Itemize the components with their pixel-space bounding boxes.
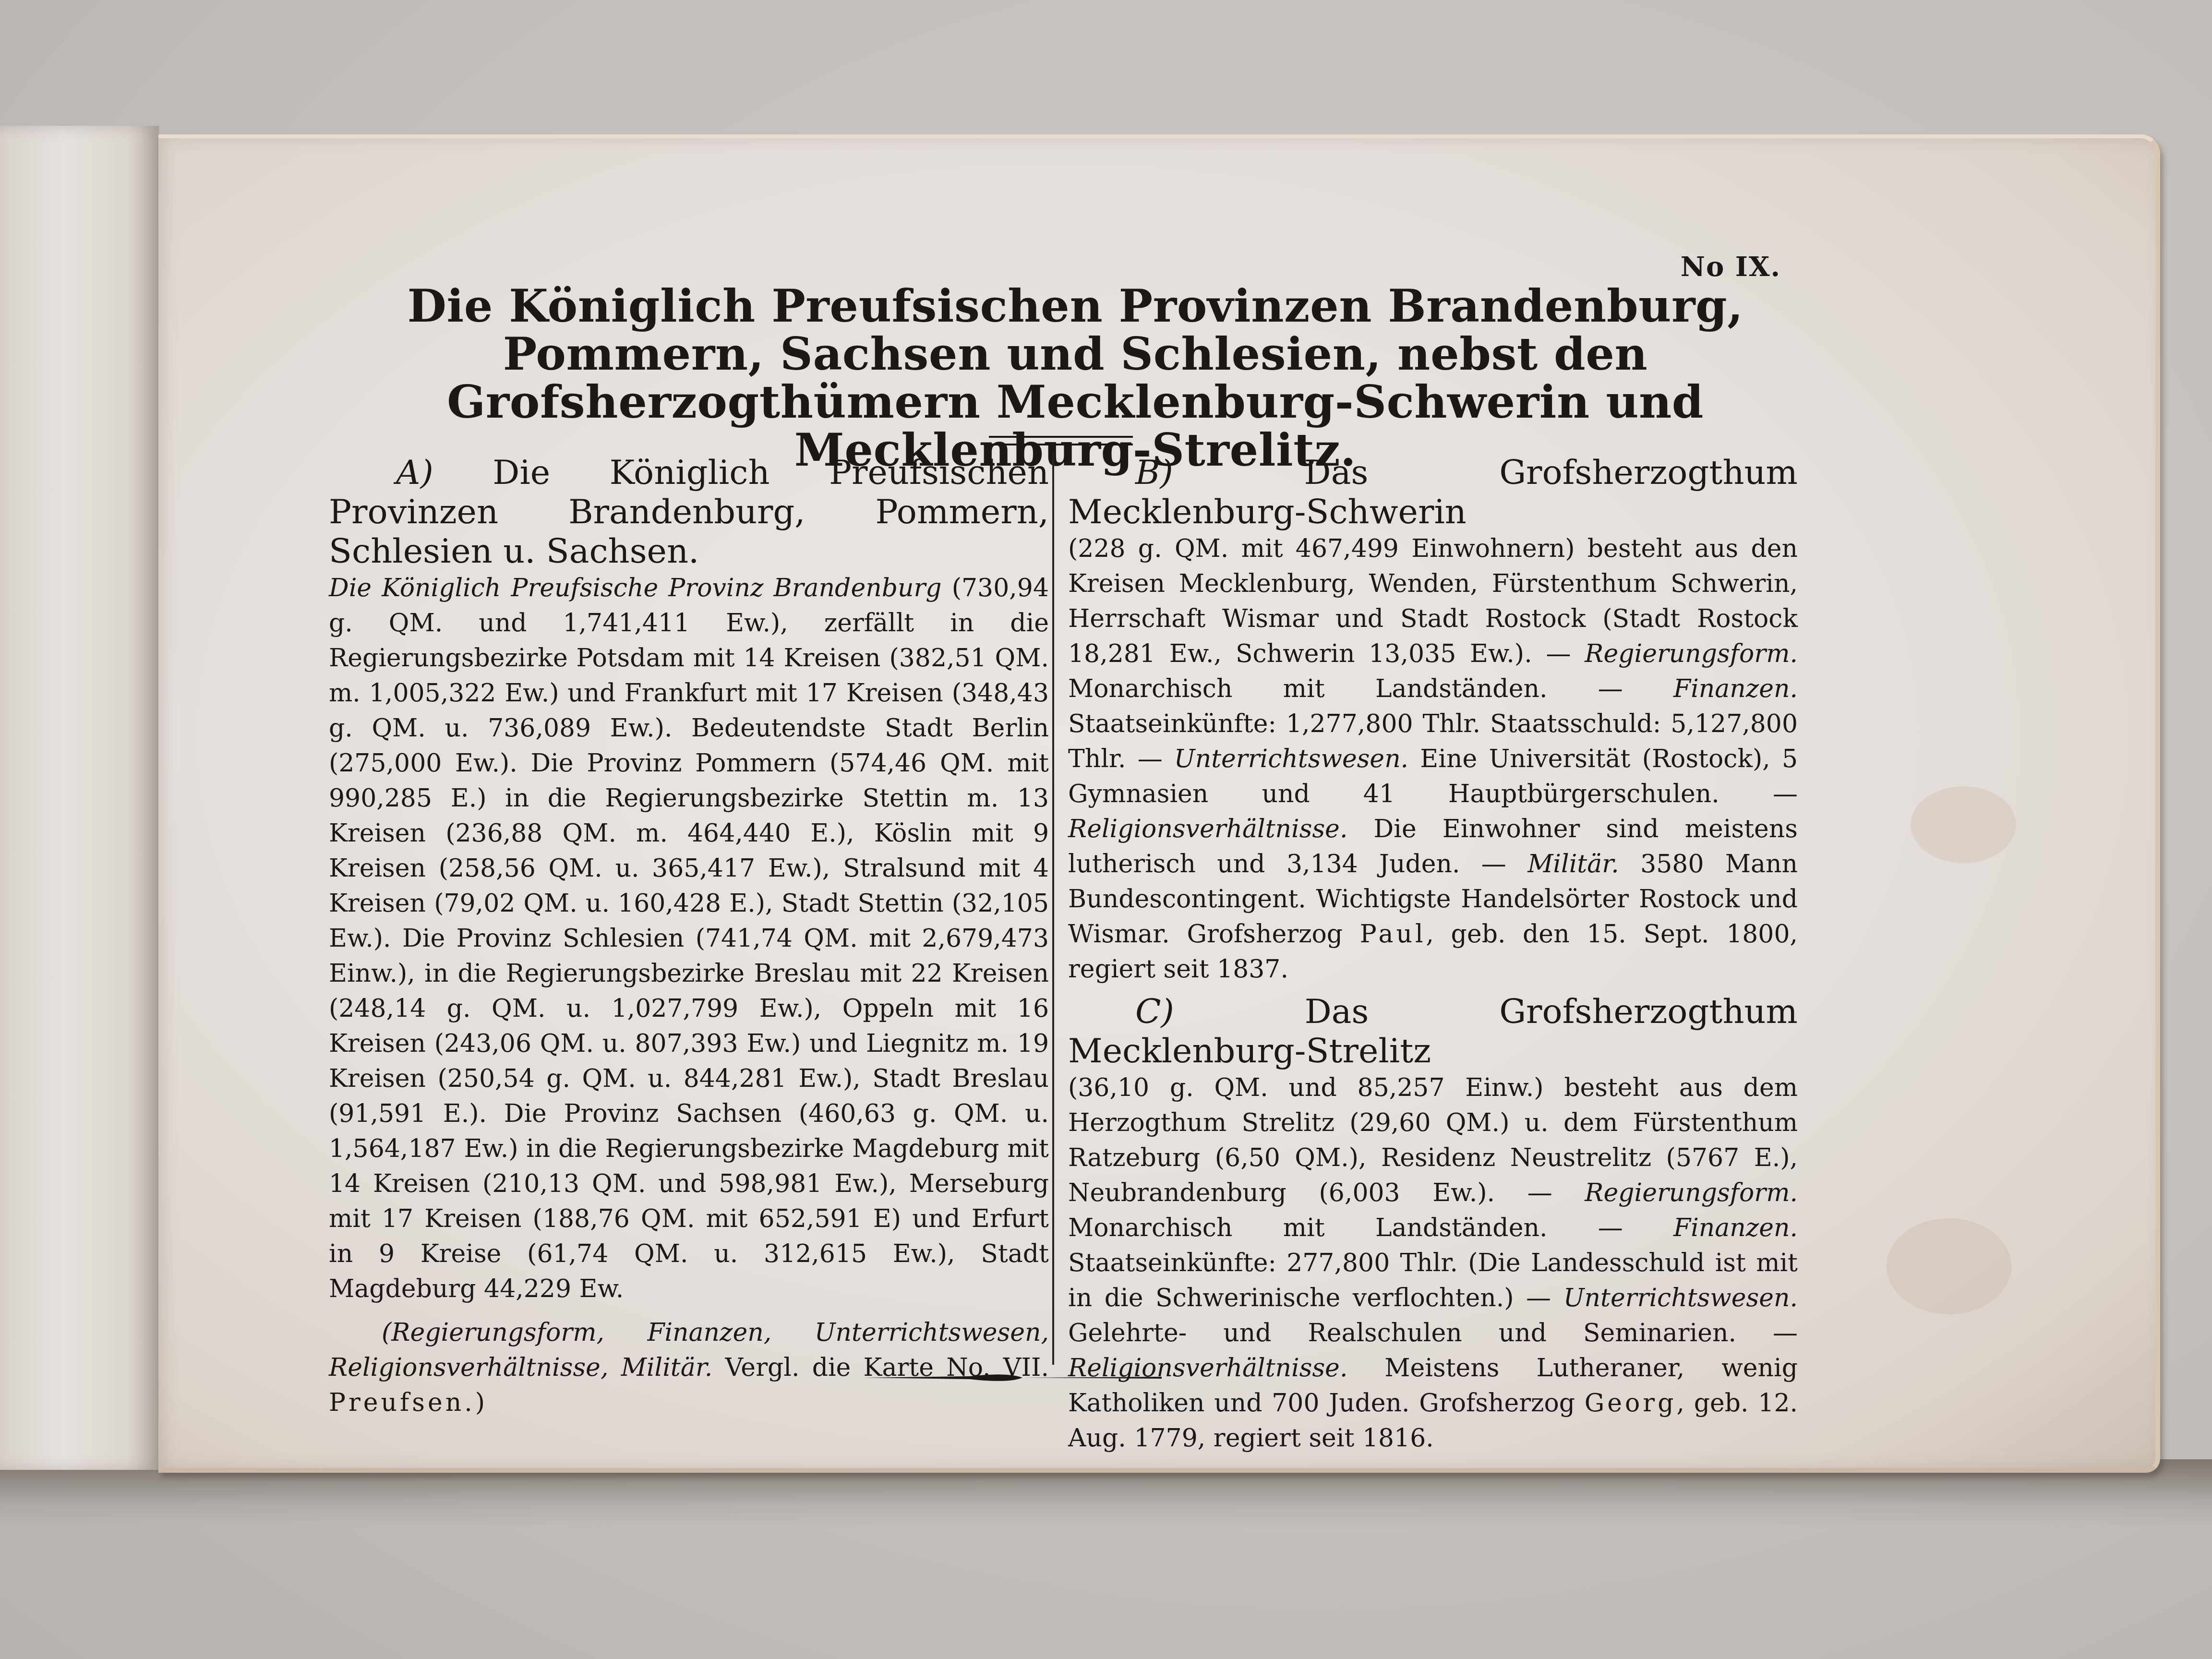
- section-a-heading-text: Die Königlich Preufsischen Provinzen Bra…: [329, 453, 1049, 571]
- section-c-heading-text: Das Grofsherzogthum Mecklenburg-Strelitz: [1068, 992, 1798, 1070]
- section-c-body: (36,10 g. QM. und 85,257 Einw.) besteht …: [1068, 1070, 1798, 1456]
- topic-label: Militär.: [1527, 850, 1619, 878]
- section-b-letter: B): [1135, 453, 1173, 492]
- section-c-letter: C): [1135, 992, 1174, 1031]
- section-a-lead: Die Königlich Preufsische Provinz Brande…: [329, 574, 942, 602]
- column-bc: B) Das Grofsherzogthum Mecklenburg-Schwe…: [1068, 453, 1798, 1456]
- body-text: Monarchisch mit Landständen. —: [1068, 1214, 1673, 1242]
- title-double-rule: [989, 436, 1133, 445]
- page-title: Die Königlich Preufsischen Provinzen Bra…: [329, 282, 1822, 474]
- section-a-letter: A): [396, 453, 433, 492]
- ruler-name: Georg: [1585, 1389, 1677, 1418]
- tail-ornament-icon: [864, 1372, 1162, 1383]
- column-a: A) Die Königlich Preufsischen Provinzen …: [329, 453, 1049, 1420]
- section-b-heading: B) Das Grofsherzogthum Mecklenburg-Schwe…: [1068, 453, 1798, 531]
- section-a-heading: A) Die Königlich Preufsischen Provinzen …: [329, 453, 1049, 571]
- topic-label: Unterrichtswesen.: [1174, 745, 1408, 773]
- body-text: Monarchisch mit Landständen. —: [1068, 674, 1673, 703]
- section-c-heading: C) Das Grofsherzogthum Mecklenburg-Strel…: [1068, 992, 1798, 1070]
- section-b-body: (228 g. QM. mit 467,499 Einwohnern) best…: [1068, 531, 1798, 987]
- facing-page-edge: [0, 126, 159, 1470]
- section-a-body: Die Königlich Preufsische Provinz Brande…: [329, 571, 1049, 1307]
- section-a-note: (Regierungsform, Finanzen, Unterrichtswe…: [329, 1315, 1049, 1420]
- topic-label: Regierungsform.: [1585, 1178, 1798, 1207]
- foxing-stain: [1911, 786, 2016, 863]
- plate-number: No IX.: [1681, 251, 1781, 283]
- section-a-note-prussia: Preufsen.): [329, 1388, 488, 1417]
- section-b-heading-text: Das Grofsherzogthum Mecklenburg-Schwerin: [1068, 453, 1798, 531]
- foxing-stain: [1887, 1218, 2011, 1314]
- body-text: Gelehrte- und Realschulen und Seminarien…: [1068, 1319, 1798, 1347]
- topic-label: Unterrichtswesen.: [1563, 1284, 1798, 1312]
- column-divider: [1052, 453, 1054, 1365]
- section-a-text: (730,94 g. QM. und 1,741,411 Ew.), zerfä…: [329, 574, 1049, 1303]
- topic-label: Regierungsform.: [1585, 639, 1798, 668]
- ruler-name: Paul: [1360, 920, 1426, 949]
- book-page: No IX. Die Königlich Preufsischen Provin…: [158, 134, 2160, 1473]
- topic-label: Finanzen.: [1673, 674, 1798, 703]
- topic-label: Religionsverhältnisse.: [1068, 815, 1347, 843]
- topic-label: Finanzen.: [1673, 1214, 1798, 1242]
